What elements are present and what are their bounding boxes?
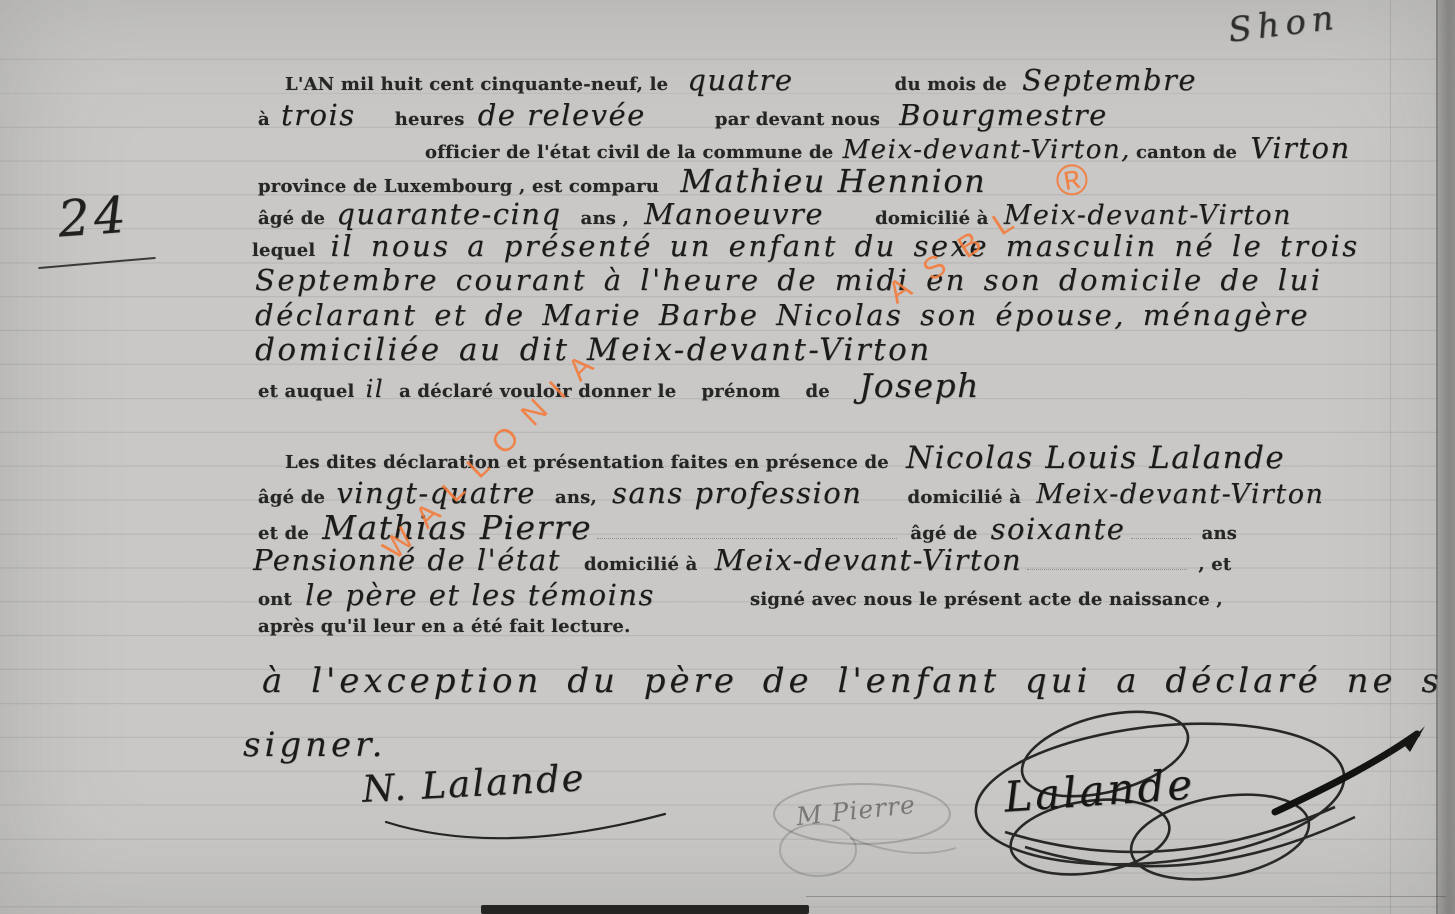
- printed-domicile-3: domicilié à: [584, 554, 698, 575]
- bottom-rule: [806, 896, 1446, 897]
- printed-et-auquel: et auquel: [258, 381, 355, 402]
- corner-annotation: Shon: [1226, 0, 1342, 51]
- hw-declarant-age: quarante-cinq: [336, 197, 561, 231]
- printed-de: de: [805, 381, 829, 402]
- margin-number-underline: [38, 257, 156, 269]
- hw-first-name: Joseph: [859, 366, 980, 405]
- hw-il: il: [366, 375, 384, 403]
- printed-before-us: par devant nous: [715, 109, 880, 130]
- hw-day: quatre: [687, 63, 793, 97]
- act-line-year: L'AN mil huit cent cinquante-neuf, le qu…: [285, 63, 1197, 102]
- hw-witness2-name: Mathias Pierre: [322, 508, 592, 547]
- printed-ans-1: ans ,: [581, 208, 629, 229]
- printed-et-de: et de: [258, 523, 309, 544]
- printed-lequel: lequel: [252, 240, 315, 261]
- hw-declarant-domicile: Meix-devant-Virton: [1004, 200, 1292, 231]
- dotted-leader: [1027, 564, 1187, 570]
- hw-hour: trois: [281, 98, 356, 132]
- dotted-leader: [597, 533, 897, 539]
- hw-month: Septembre: [1022, 63, 1197, 97]
- hw-witness1-profession: sans profession: [612, 476, 862, 510]
- printed-month-text: du mois de: [895, 74, 1007, 95]
- printed-age-3: âgé de: [910, 523, 977, 544]
- hw-officer-title: Bourgmestre: [899, 98, 1108, 132]
- signature-witness1-flourish: [380, 800, 680, 850]
- act-line-first-name: et auquel il a déclaré vouloir donner le…: [258, 369, 980, 409]
- act-note-signer: signer.: [243, 722, 386, 774]
- printed-age-2: âgé de: [258, 487, 325, 508]
- printed-lecture: après qu'il leur en a été fait lecture.: [258, 616, 631, 637]
- printed-ans-2: ans,: [555, 487, 597, 508]
- printed-year-text: L'AN mil huit cent cinquante-neuf, le: [285, 74, 668, 95]
- act-line-witnesses: Les dites déclaration et présentation fa…: [285, 441, 1285, 480]
- page-edge-band: [1438, 0, 1455, 914]
- printed-commune: officier de l'état civil de la commune d…: [425, 142, 833, 163]
- printed-ont: ont: [258, 589, 292, 610]
- hw-exception-note: à l'exception du père de l'enfant qui a …: [262, 661, 1455, 701]
- printed-signed: signé avec nous le présent acte de naiss…: [750, 589, 1223, 610]
- printed-at: à: [258, 109, 270, 130]
- hw-witness2-age: soixante: [991, 512, 1126, 546]
- hw-witness1-domicile: Meix-devant-Virton: [1036, 479, 1324, 510]
- hw-declarant-name: Mathieu Hennion: [680, 162, 986, 200]
- bottom-scan-artifact: [481, 905, 809, 914]
- printed-prenom: prénom: [701, 381, 780, 402]
- act-note-exception: à l'exception du père de l'enfant qui a …: [262, 658, 1455, 710]
- printed-presence: Les dites déclaration et présentation fa…: [285, 452, 889, 473]
- printed-et: , et: [1198, 554, 1231, 575]
- hw-witness2-domicile: Meix-devant-Virton: [715, 543, 1023, 577]
- hw-signer: signer.: [243, 725, 386, 765]
- hw-canton: Virton: [1250, 131, 1350, 165]
- dotted-leader: [1131, 533, 1191, 539]
- act-line-birth-time: Septembre courant à l'heure de midi en s…: [255, 263, 1323, 302]
- hw-child-presented: il nous a présenté un enfant du sexe mas…: [331, 229, 1360, 263]
- birth-act-scan: 24 Shon L'AN mil huit cent cinquante-neu…: [0, 0, 1455, 914]
- hw-hour-suffix: de relevée: [478, 98, 646, 132]
- hw-mother-name: déclarant et de Marie Barbe Nicolas son …: [255, 298, 1310, 332]
- hw-declarant-profession: Manoeuvre: [644, 197, 824, 231]
- printed-hours: heures: [395, 109, 465, 130]
- printed-province: province de Luxembourg , est comparu: [258, 176, 659, 197]
- hw-witness1-name: Nicolas Louis Lalande: [906, 440, 1285, 476]
- act-margin-number: 24: [56, 186, 131, 249]
- printed-domicile-2: domicilié à: [908, 487, 1022, 508]
- printed-canton: canton de: [1136, 142, 1237, 163]
- hw-pere-temoins: le père et les témoins: [305, 578, 655, 612]
- printed-age-1: âgé de: [258, 208, 325, 229]
- hw-birth-time: Septembre courant à l'heure de midi en s…: [255, 263, 1323, 297]
- act-line-lecture: après qu'il leur en a été fait lecture.: [258, 610, 631, 644]
- hw-commune: Meix-devant-Virton,: [843, 135, 1131, 165]
- printed-ans-3: ans: [1202, 523, 1237, 544]
- right-margin-rule: [1390, 0, 1391, 914]
